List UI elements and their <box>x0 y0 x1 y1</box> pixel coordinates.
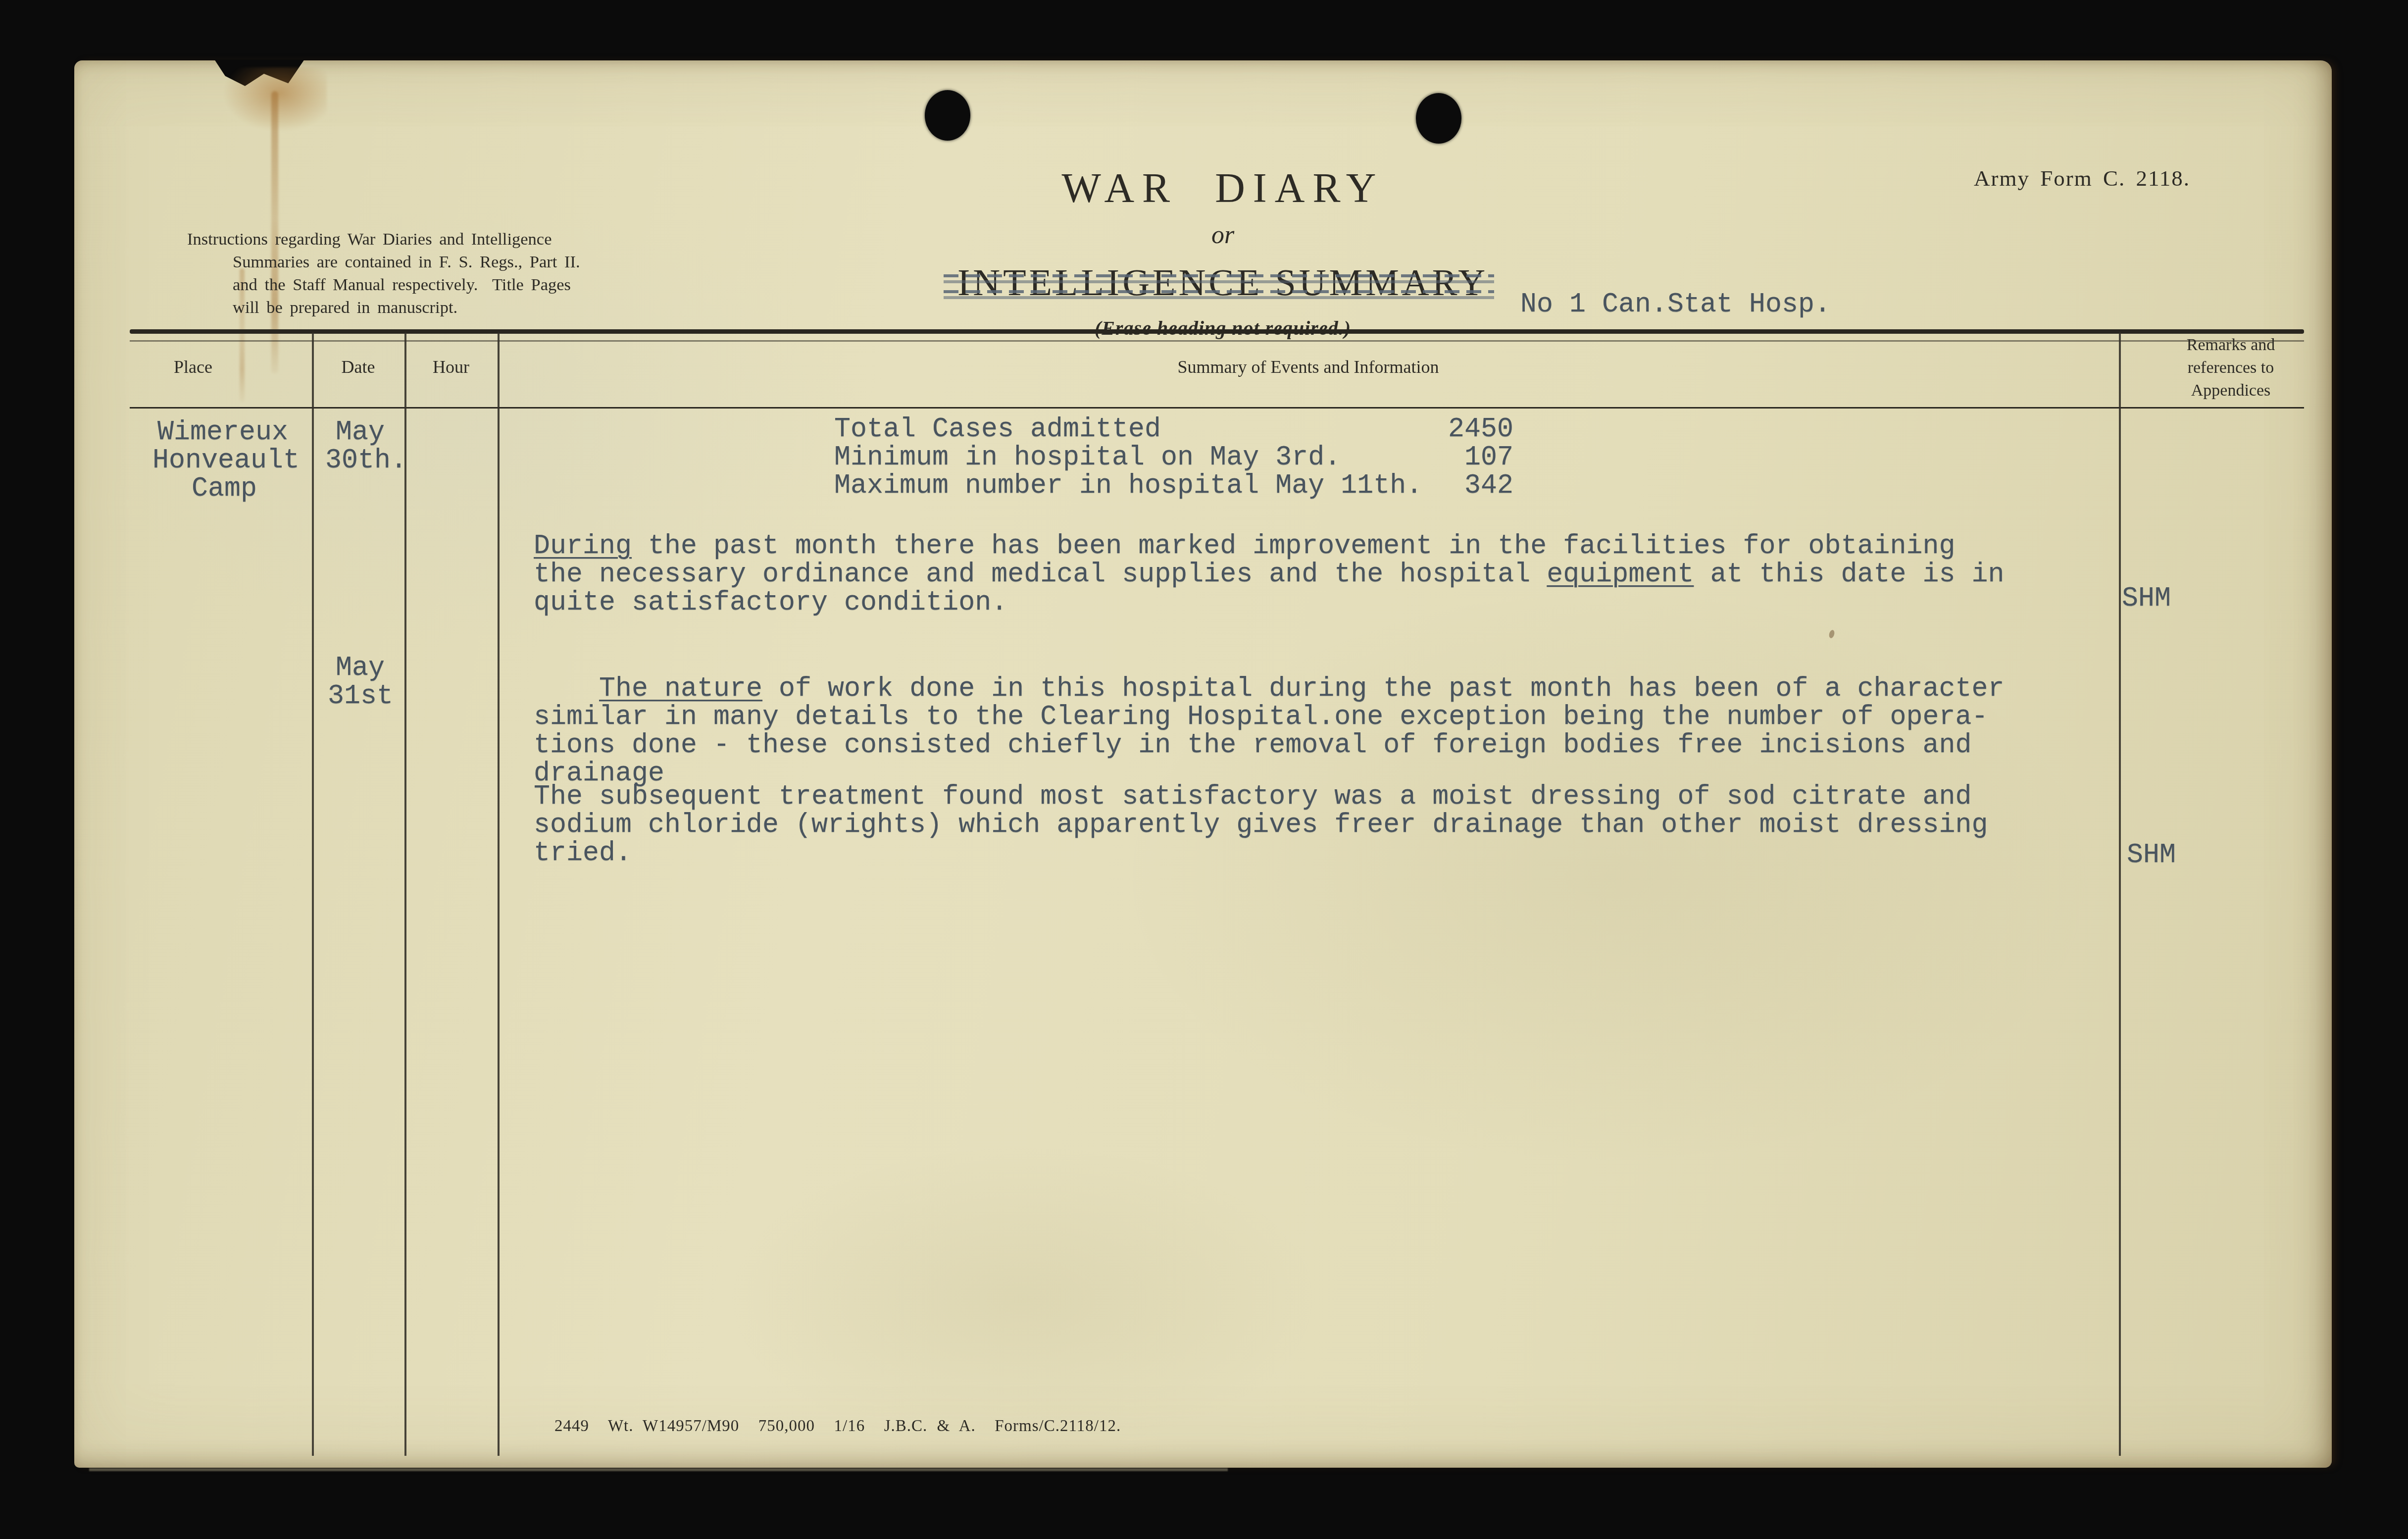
date-entry-may30: May <box>336 418 385 446</box>
column-header-hour: Hour <box>404 357 498 377</box>
typed-line: The nature of work done in this hospital… <box>534 674 2005 703</box>
stat-label: Total Cases admitted <box>834 415 1161 443</box>
admission-statistics: Total Cases admitted 2450 Minimum in hos… <box>834 415 1513 500</box>
stat-maximum-in-hospital: Maximum number in hospital May 11th. 342 <box>834 471 1513 500</box>
column-divider-summary-remarks <box>2119 333 2121 1456</box>
date-entry-may30: 30th. <box>325 446 407 474</box>
paragraph-treatment: The subsequent treatment found most sati… <box>534 782 1988 867</box>
ink-speck <box>1828 629 1835 639</box>
paragraph-month-summary: During the past month there has been mar… <box>534 532 2005 616</box>
remarks-header-line: references to <box>2119 357 2343 379</box>
place-entry-line: Honveault <box>152 446 300 474</box>
scan-background: { "page": { "army_form": "Army Form C. 2… <box>0 0 2408 1539</box>
stat-value: 342 <box>1464 471 1513 500</box>
punch-hole-right <box>1416 93 1461 144</box>
printer-imprint: 2449 Wt. W14957/M90 750,000 1/16 J.B.C. … <box>554 1417 1121 1436</box>
place-entry-line: Camp <box>192 474 257 503</box>
stat-label: Maximum number in hospital May 11th. <box>834 471 1422 500</box>
stat-value: 2450 <box>1448 415 1513 443</box>
column-header-summary: Summary of Events and Information <box>498 357 2119 377</box>
typed-line: The subsequent treatment found most sati… <box>534 782 1988 811</box>
typed-line: During the past month there has been mar… <box>534 532 2005 560</box>
column-header-place: Place <box>74 357 312 377</box>
date-entry-may31: 31st <box>328 682 393 710</box>
erase-heading-note: (Erase heading not required.) <box>837 316 1609 340</box>
heading-conjunction: or <box>837 220 1609 250</box>
instructions-line: and the Staff Manual respectively. Title… <box>233 273 831 296</box>
header-rule-thin <box>130 340 2304 342</box>
instructions-line: Instructions regarding War Diaries and I… <box>187 228 831 251</box>
remarks-header-line: Appendices <box>2119 379 2343 402</box>
remarks-header-line: Remarks and <box>2119 334 2343 357</box>
paragraph-nature-of-work: The nature of work done in this hospital… <box>534 674 2005 787</box>
stat-minimum-in-hospital: Minimum in hospital on May 3rd. 107 <box>834 443 1513 471</box>
form-heading: WAR DIARY or INTELLIGENCE SUMMARY (Erase… <box>837 164 1609 340</box>
army-form-number: Army Form C. 2118. <box>1974 165 2190 191</box>
typed-line: tried. <box>534 839 1988 867</box>
instructions-note: Instructions regarding War Diaries and I… <box>187 228 831 319</box>
remark-initials-shm: SHM <box>2127 841 2176 869</box>
typed-line: similar in many details to the Clearing … <box>534 703 2005 731</box>
column-divider-date-hour <box>404 333 406 1456</box>
date-entry-may31: May <box>336 654 385 682</box>
instructions-line: will be prepared in manuscript. <box>233 296 831 319</box>
punch-hole-left <box>925 90 970 141</box>
typed-strikethrough-line <box>944 290 1494 293</box>
column-header-remarks: Remarks and references to Appendices <box>2119 334 2343 402</box>
typed-line: the necessary ordinance and medical supp… <box>534 560 2005 588</box>
intelligence-summary-title: INTELLIGENCE SUMMARY <box>957 262 1488 304</box>
column-header-date: Date <box>312 357 404 377</box>
typed-strikethrough-line <box>944 274 1494 277</box>
war-diary-page: Instructions regarding War Diaries and I… <box>74 60 2332 1468</box>
header-rule-thick <box>130 329 2304 334</box>
column-divider-hour-summary <box>498 333 500 1456</box>
intelligence-summary-struck: INTELLIGENCE SUMMARY <box>957 261 1488 305</box>
stat-total-admitted: Total Cases admitted 2450 <box>834 415 1513 443</box>
typed-line: quite satisfactory condition. <box>534 588 2005 616</box>
unit-designation-typed: No 1 Can.Stat Hosp. <box>1520 290 1831 318</box>
column-header-rule <box>130 407 2304 409</box>
stat-label: Minimum in hospital on May 3rd. <box>834 443 1341 471</box>
typed-line: sodium chloride (wrights) which apparent… <box>534 811 1988 839</box>
column-divider-place-date <box>312 333 314 1456</box>
war-diary-title: WAR DIARY <box>837 164 1609 212</box>
typed-line: tions done - these consisted chiefly in … <box>534 731 2005 759</box>
stat-value: 107 <box>1464 443 1513 471</box>
place-entry-line: Wimereux <box>157 418 288 446</box>
instructions-line: Summaries are contained in F. S. Regs., … <box>233 251 831 273</box>
remark-initials-shm: SHM <box>2122 584 2171 613</box>
